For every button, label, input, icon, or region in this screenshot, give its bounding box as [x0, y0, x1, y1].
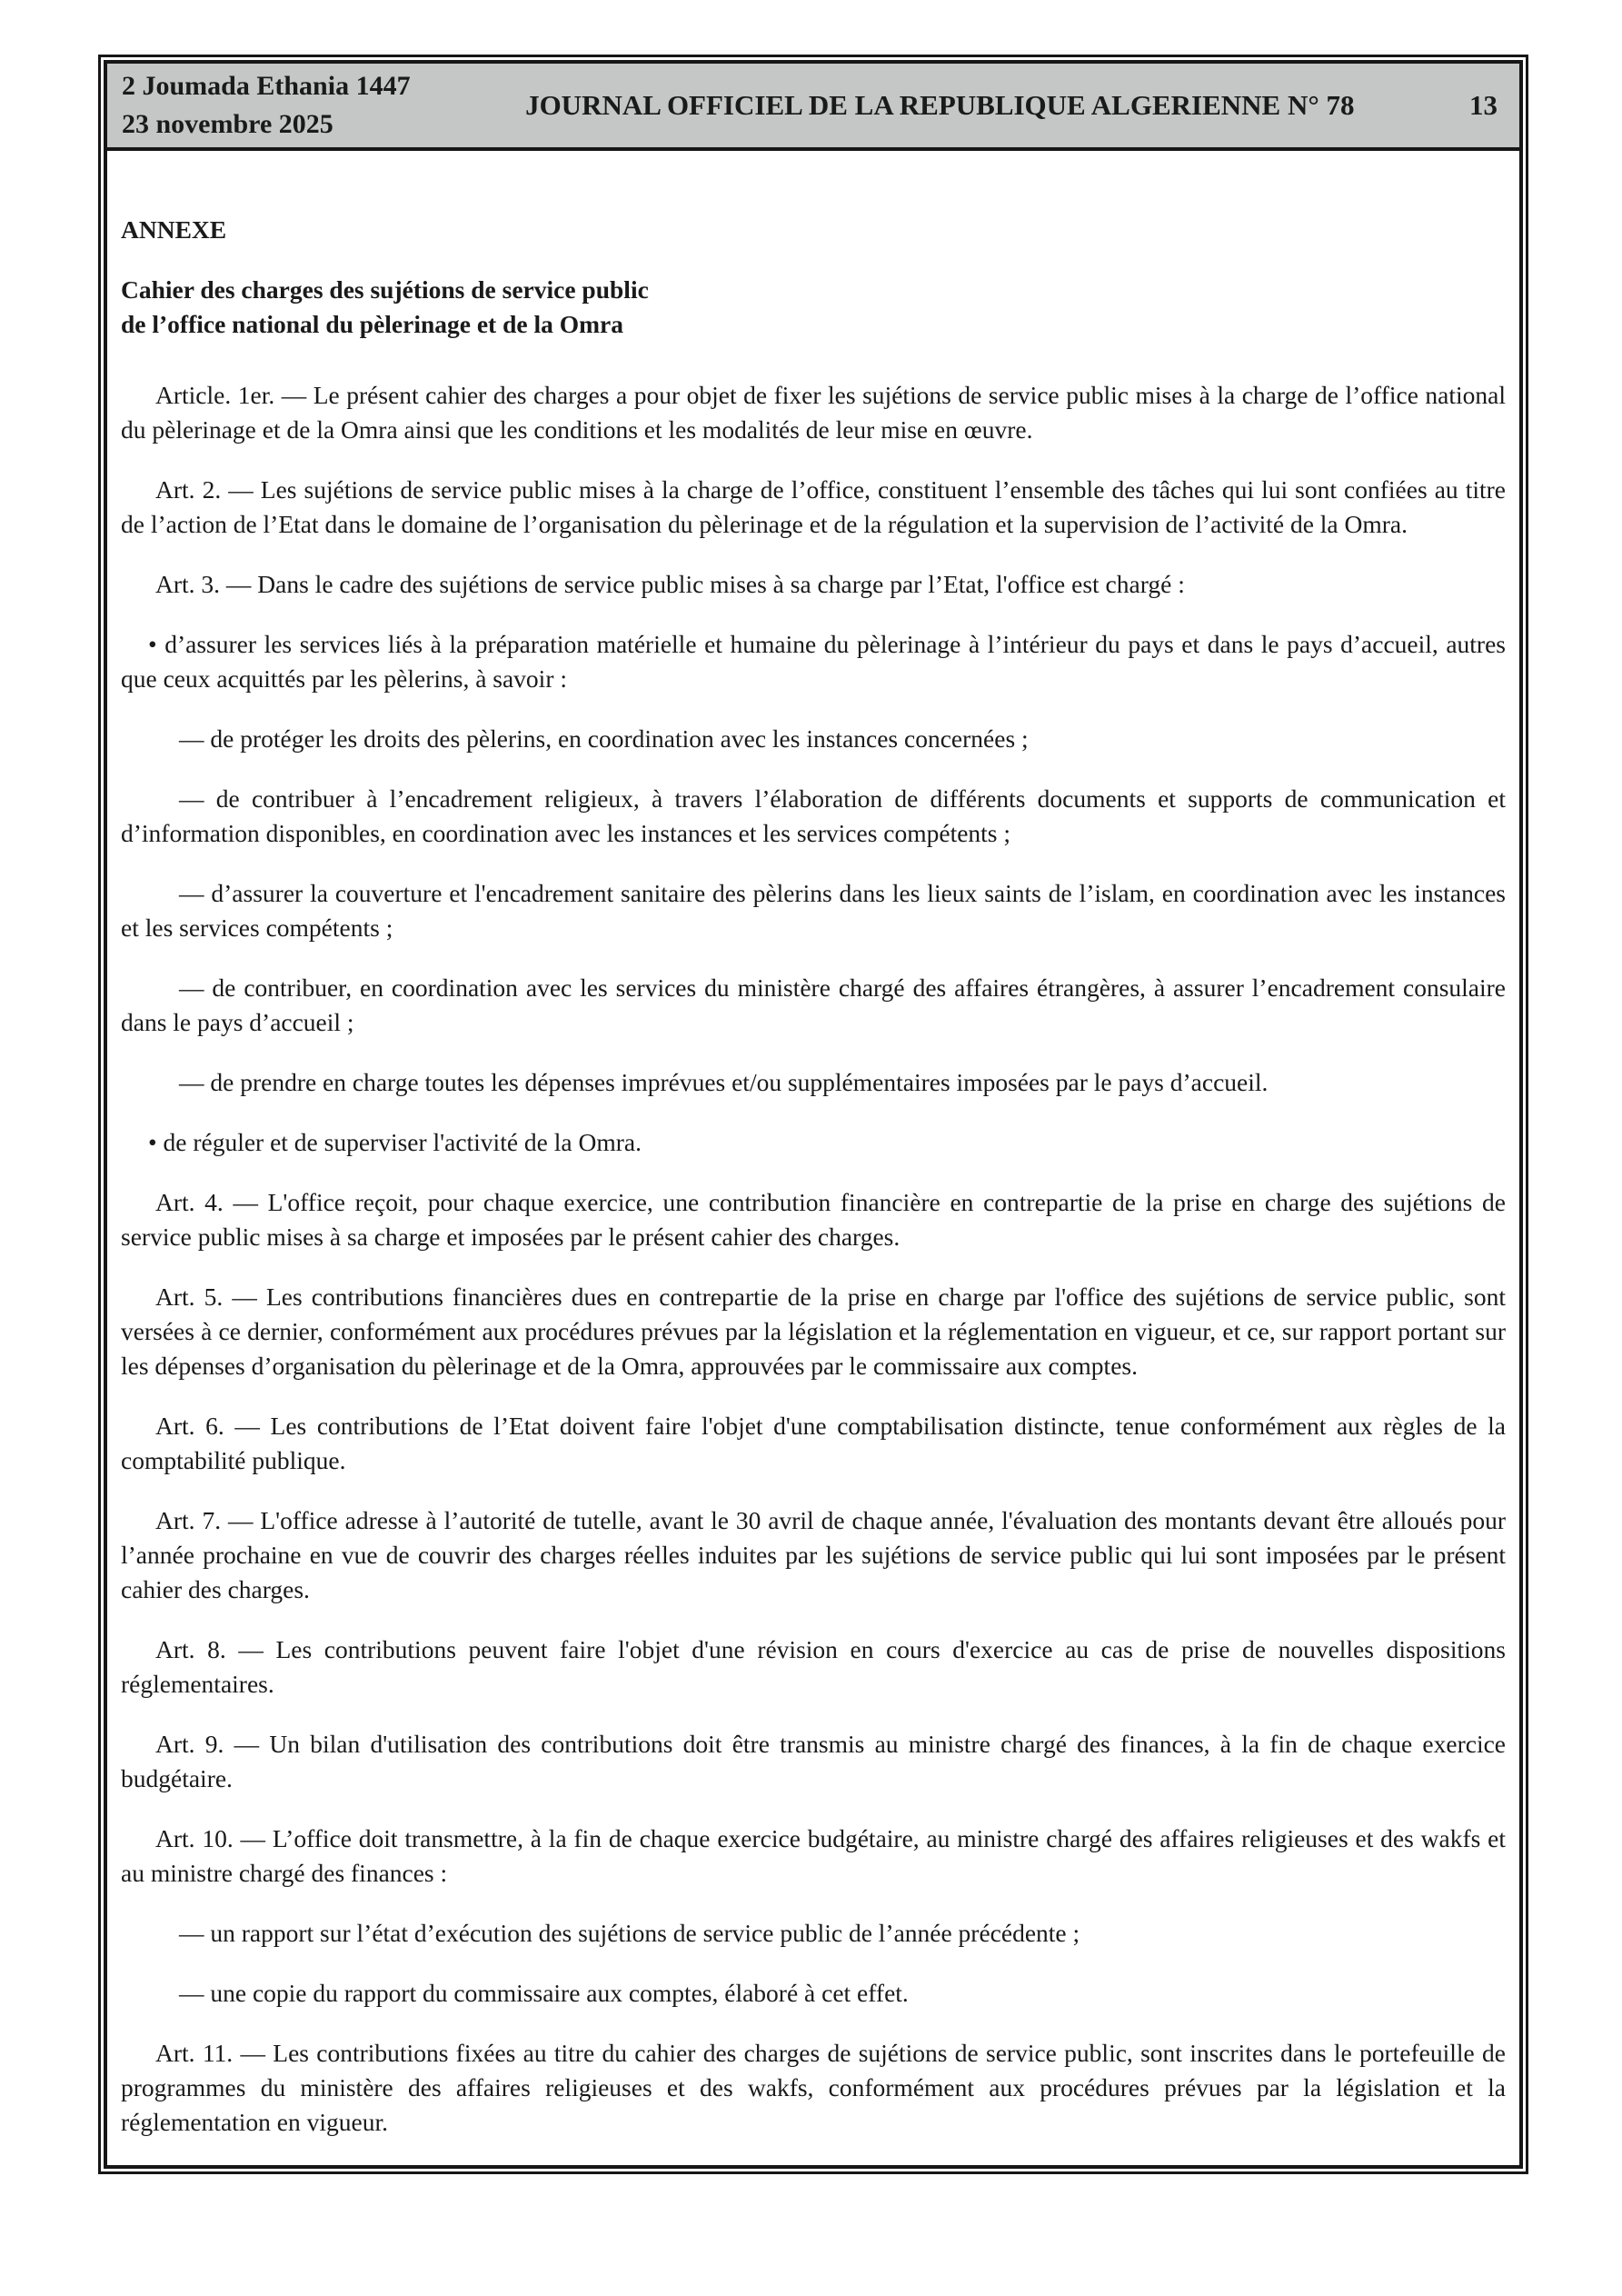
paragraph-article-9: Art. 9. — Un bilan d'utilisation des con… [121, 1727, 1506, 1796]
paragraph-article-10: Art. 10. — L’office doit transmettre, à … [121, 1822, 1506, 1891]
page-frame-inner: 2 Joumada Ethania 1447 23 novembre 2025 … [104, 60, 1523, 2169]
page-frame: 2 Joumada Ethania 1447 23 novembre 2025 … [98, 55, 1528, 2174]
paragraph-bullet-1: • d’assurer les services liés à la prépa… [121, 627, 1506, 696]
paragraph-article-3: Art. 3. — Dans le cadre des sujétions de… [121, 567, 1506, 602]
paragraph-dash-6: — un rapport sur l’état d’exécution des … [121, 1916, 1506, 1951]
journal-title: JOURNAL OFFICIEL DE LA REPUBLIQUE ALGERI… [411, 89, 1469, 122]
hijri-date: 2 Joumada Ethania 1447 [122, 67, 411, 105]
paragraph-bullet-2: • de réguler et de superviser l'activité… [121, 1125, 1506, 1160]
annexe-label: ANNEXE [121, 213, 1506, 247]
annexe-title-line2: de l’office national du pèlerinage et de… [121, 310, 623, 338]
paragraph-article-5: Art. 5. — Les contributions financières … [121, 1280, 1506, 1383]
gregorian-date: 23 novembre 2025 [122, 105, 411, 144]
paragraph-article-2: Art. 2. — Les sujétions de service publi… [121, 473, 1506, 542]
paragraph-article-7: Art. 7. — L'office adresse à l’autorité … [121, 1503, 1506, 1607]
paragraph-dash-3: — d’assurer la couverture et l'encadreme… [121, 876, 1506, 945]
journal-header: 2 Joumada Ethania 1447 23 novembre 2025 … [107, 64, 1519, 151]
page-number: 13 [1469, 89, 1501, 122]
paragraph-article-11: Art. 11. — Les contributions fixées au t… [121, 2036, 1506, 2140]
paragraph-article-4: Art. 4. — L'office reçoit, pour chaque e… [121, 1185, 1506, 1254]
paragraph-dash-1: — de protéger les droits des pèlerins, e… [121, 722, 1506, 756]
paragraph-dash-4: — de contribuer, en coordination avec le… [121, 971, 1506, 1040]
header-dates: 2 Joumada Ethania 1447 23 novembre 2025 [122, 67, 411, 144]
paragraph-dash-7: — une copie du rapport du commissaire au… [121, 1976, 1506, 2011]
document-content: ANNEXE Cahier des charges des sujétions … [107, 151, 1519, 2140]
paragraph-article-8: Art. 8. — Les contributions peuvent fair… [121, 1632, 1506, 1702]
annexe-title: Cahier des charges des sujétions de serv… [121, 273, 1506, 342]
paragraph-dash-5: — de prendre en charge toutes les dépens… [121, 1065, 1506, 1100]
paragraph-article-6: Art. 6. — Les contributions de l’Etat do… [121, 1409, 1506, 1478]
annexe-title-line1: Cahier des charges des sujétions de serv… [121, 275, 649, 304]
paragraph-article-1: Article. 1er. — Le présent cahier des ch… [121, 378, 1506, 447]
paragraph-dash-2: — de contribuer à l’encadrement religieu… [121, 782, 1506, 851]
